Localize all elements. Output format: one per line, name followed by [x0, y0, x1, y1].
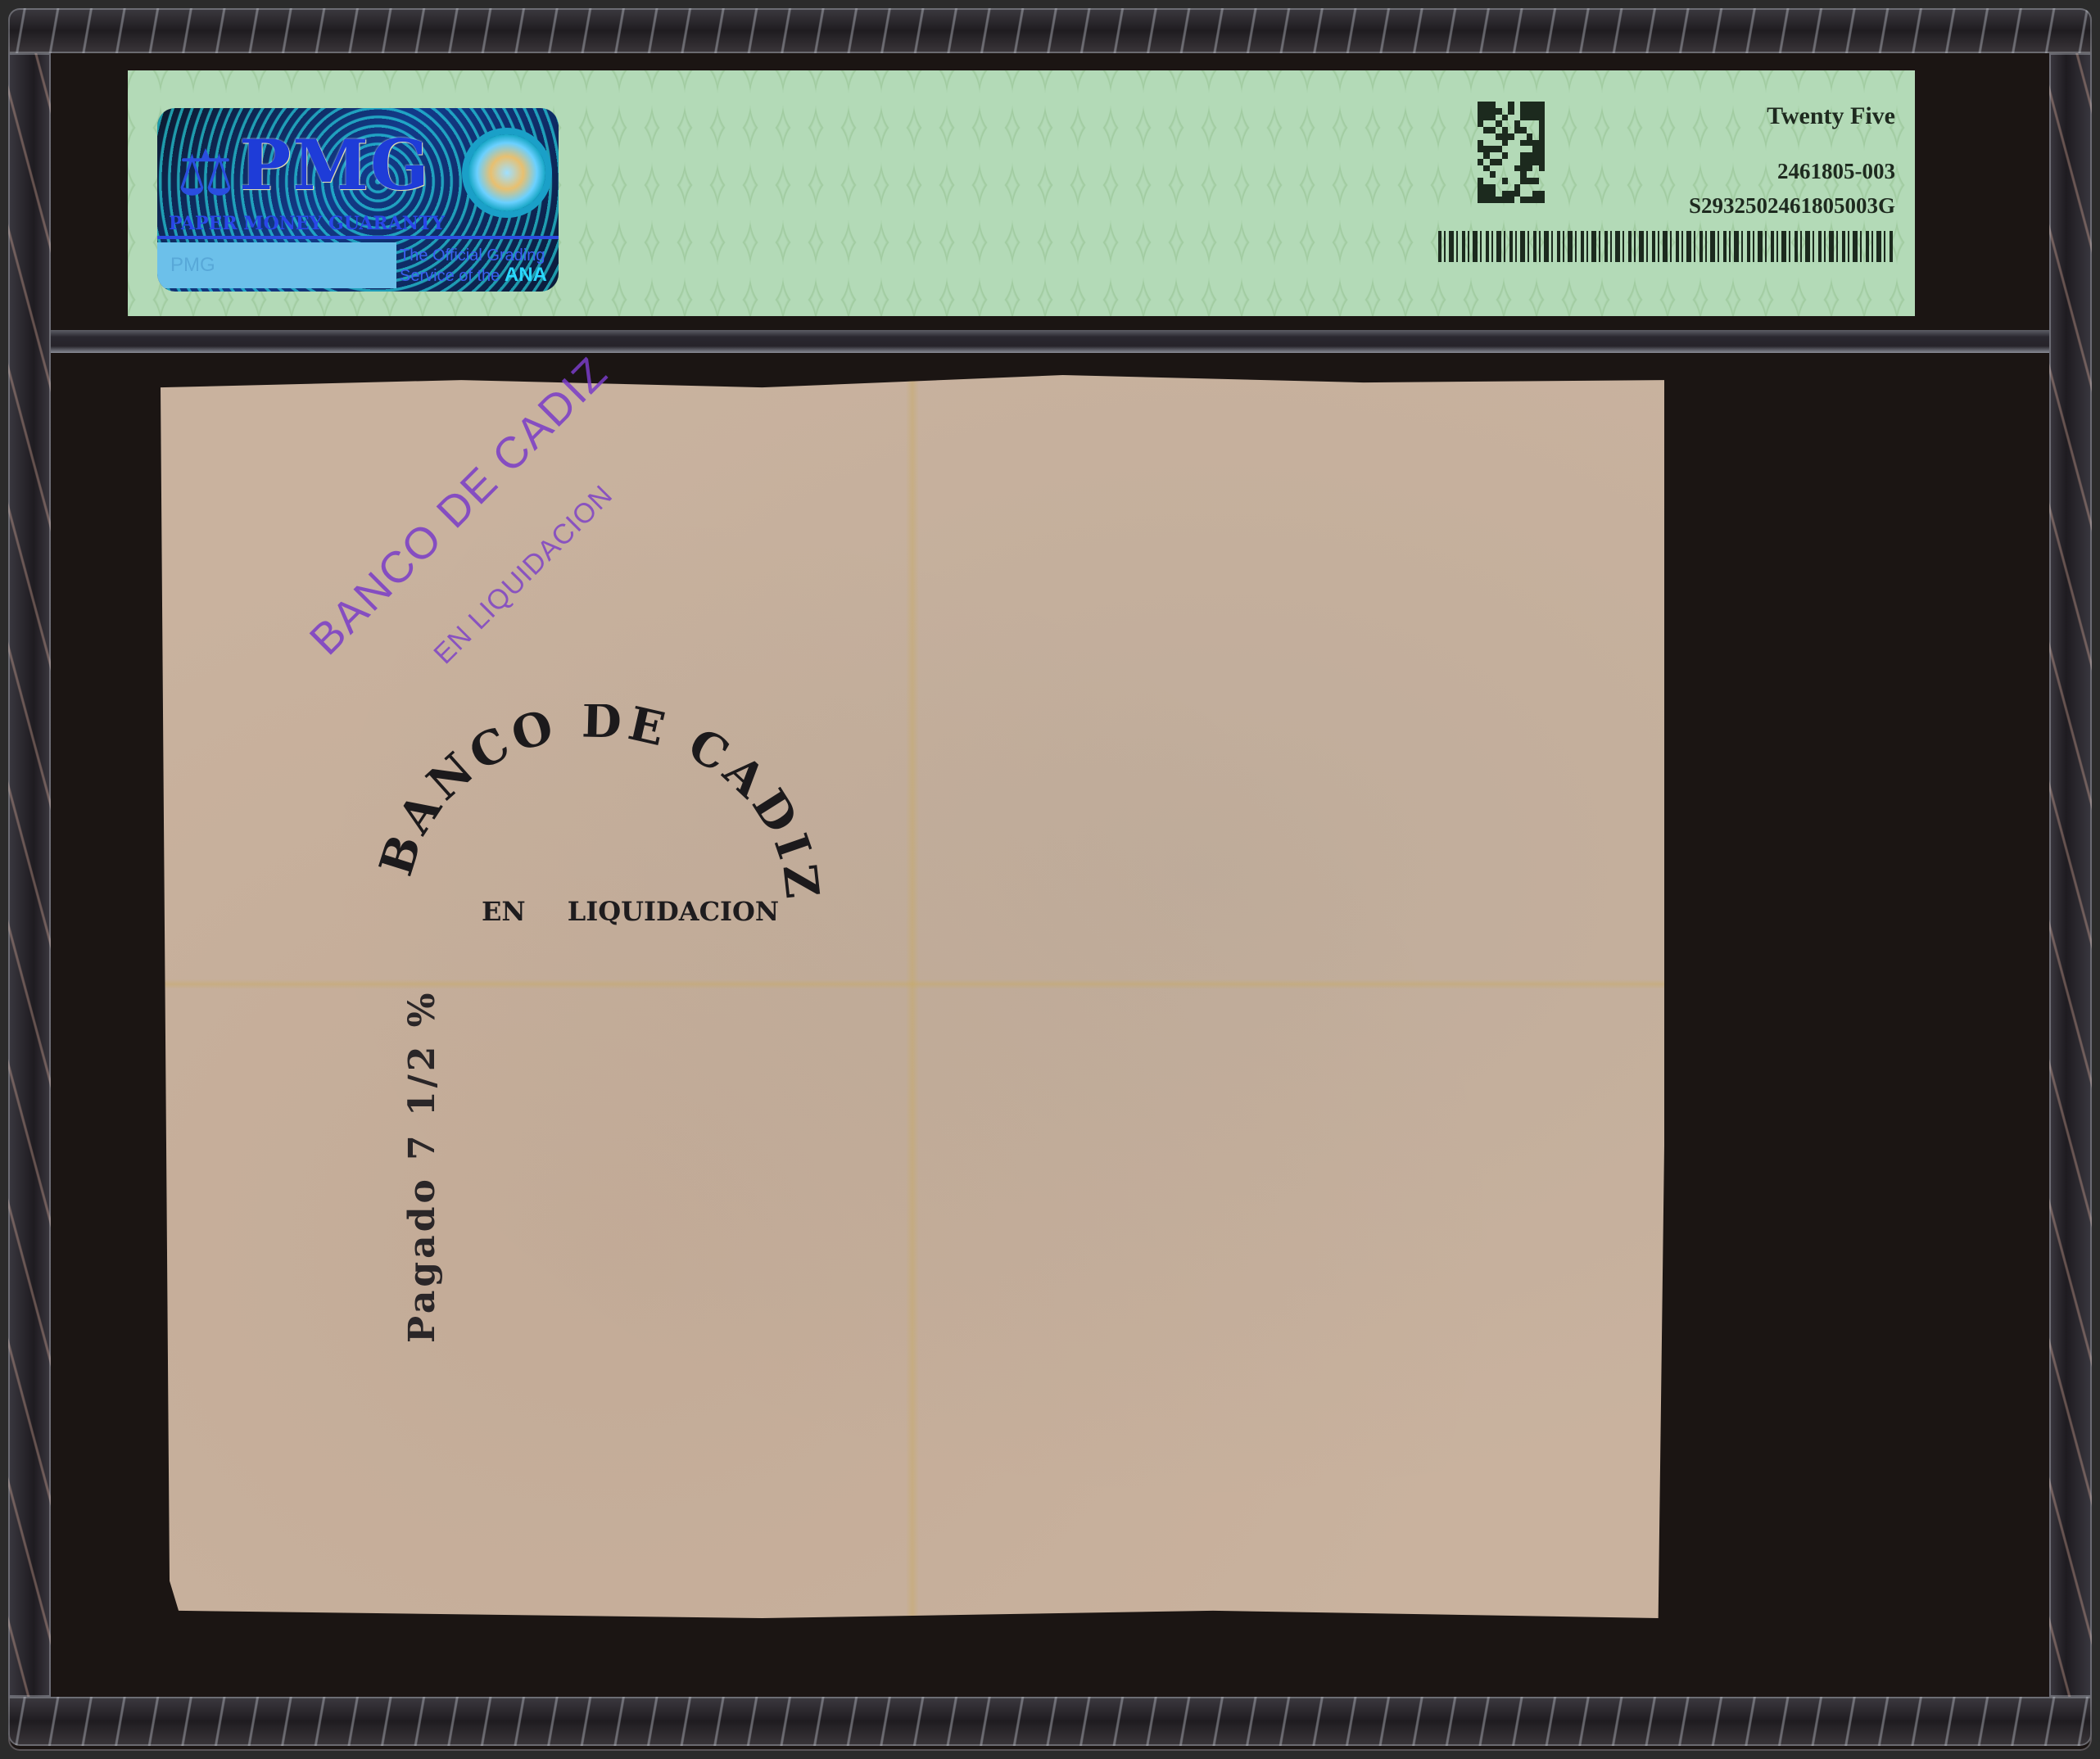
hologram-box-text: PMG	[157, 242, 396, 288]
qr-code-icon	[1478, 102, 1545, 203]
ana-affiliation: The Official Grading Service of the ANA	[400, 246, 552, 286]
holder-top-rail	[8, 8, 2092, 53]
hologram-seal-icon	[468, 134, 545, 211]
affiliation-org: ANA	[505, 264, 547, 286]
paid-stamp: Pagado 7 1/2 %	[401, 990, 443, 1343]
black-stamp-en: EN	[482, 896, 526, 927]
black-stamp-bank-name: BANCO DE CADIZ	[377, 704, 830, 906]
grade-text: Twenty Five	[1767, 103, 1895, 129]
grading-label: ⚖ PMG PAPER MONEY GUARANTY PMG The Offic…	[128, 70, 1915, 316]
scales-of-justice-icon: ⚖	[169, 141, 242, 206]
svg-text:BANCO DE CADIZ: BANCO DE CADIZ	[377, 704, 830, 906]
black-stamp-liquidation: EN LIQUIDACION	[482, 896, 779, 927]
affiliation-line-2: Service of the	[400, 267, 500, 285]
barcode-icon	[1438, 231, 1895, 262]
pmg-logo: PMG	[239, 124, 431, 206]
holder-left-rail	[8, 53, 51, 1697]
black-stamp-liquidacion: LIQUIDACION	[568, 896, 779, 927]
black-stamp-arc: BANCO DE CADIZ	[377, 704, 835, 917]
pmg-hologram: ⚖ PMG PAPER MONEY GUARANTY PMG The Offic…	[157, 108, 559, 292]
affiliation-line-1: The Official Grading	[400, 246, 545, 265]
holder-bottom-rail	[8, 1697, 2092, 1746]
cert-number: 2461805-003	[1777, 159, 1895, 184]
hologram-rule	[157, 236, 559, 239]
serial-code: S2932502461805003G	[1689, 193, 1895, 219]
label-divider	[51, 330, 2049, 353]
grader-name: PAPER MONEY GUARANTY	[169, 213, 445, 234]
holder-right-rail	[2049, 53, 2092, 1697]
